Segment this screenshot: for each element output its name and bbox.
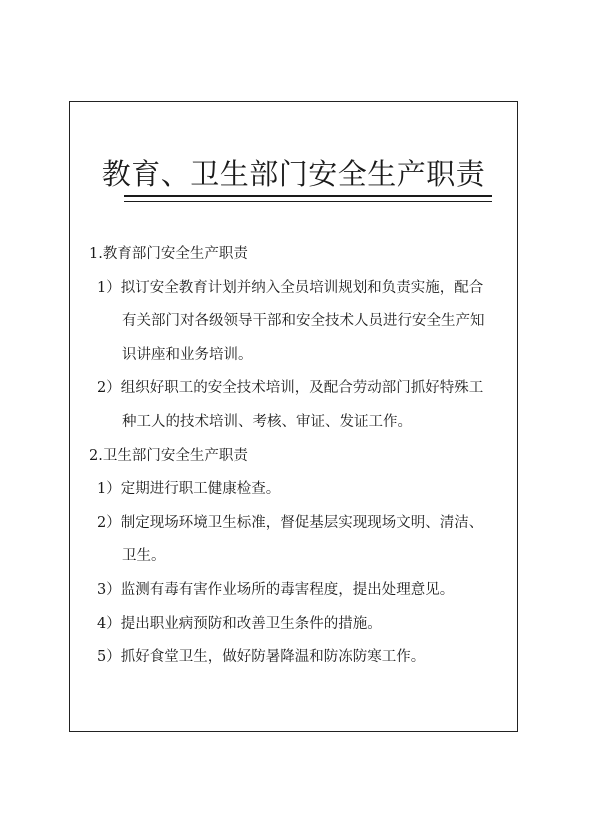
list-item-line: 5）抓好食堂卫生，做好防暑降温和防冻防寒工作。 [70, 641, 517, 675]
list-item: 2）制定现场环境卫生标准，督促基层实现现场文明、清洁、 卫生。 [70, 507, 517, 574]
list-item-line: 识讲座和业务培训。 [70, 339, 517, 373]
document-frame: 教育、卫生部门安全生产职责 1.教育部门安全生产职责 1）拟订安全教育计划并纳入… [69, 101, 518, 732]
list-item-line: 4）提出职业病预防和改善卫生条件的措施。 [70, 608, 517, 642]
list-item-line: 卫生。 [70, 540, 517, 574]
list-item-line: 种工人的技术培训、考核、审证、发证工作。 [70, 406, 517, 440]
list-item-line: 2）组织好职工的安全技术培训，及配合劳动部门抓好特殊工 [70, 372, 517, 406]
list-item: 1）定期进行职工健康检查。 [70, 473, 517, 507]
list-item-line: 1）定期进行职工健康检查。 [70, 473, 517, 507]
list-item: 4）提出职业病预防和改善卫生条件的措施。 [70, 608, 517, 642]
section-heading-education: 1.教育部门安全生产职责 [70, 238, 517, 272]
section-heading-health: 2.卫生部门安全生产职责 [70, 440, 517, 474]
title-double-underline [124, 195, 492, 201]
list-item-line: 3）监测有毒有害作业场所的毒害程度，提出处理意见。 [70, 574, 517, 608]
title-underline-thin [124, 201, 492, 202]
list-item-line: 有关部门对各级领导干部和安全技术人员进行安全生产知 [70, 305, 517, 339]
list-item-line: 2）制定现场环境卫生标准，督促基层实现现场文明、清洁、 [70, 507, 517, 541]
list-item: 3）监测有毒有害作业场所的毒害程度，提出处理意见。 [70, 574, 517, 608]
document-body: 1.教育部门安全生产职责 1）拟订安全教育计划并纳入全员培训规划和负责实施，配合… [70, 238, 517, 675]
document-title: 教育、卫生部门安全生产职责 [70, 156, 517, 192]
list-item-line: 1）拟订安全教育计划并纳入全员培训规划和负责实施，配合 [70, 272, 517, 306]
list-item: 5）抓好食堂卫生，做好防暑降温和防冻防寒工作。 [70, 641, 517, 675]
list-item: 1）拟订安全教育计划并纳入全员培训规划和负责实施，配合 有关部门对各级领导干部和… [70, 272, 517, 373]
list-item: 2）组织好职工的安全技术培训，及配合劳动部门抓好特殊工 种工人的技术培训、考核、… [70, 372, 517, 439]
title-underline-thick [124, 195, 492, 197]
